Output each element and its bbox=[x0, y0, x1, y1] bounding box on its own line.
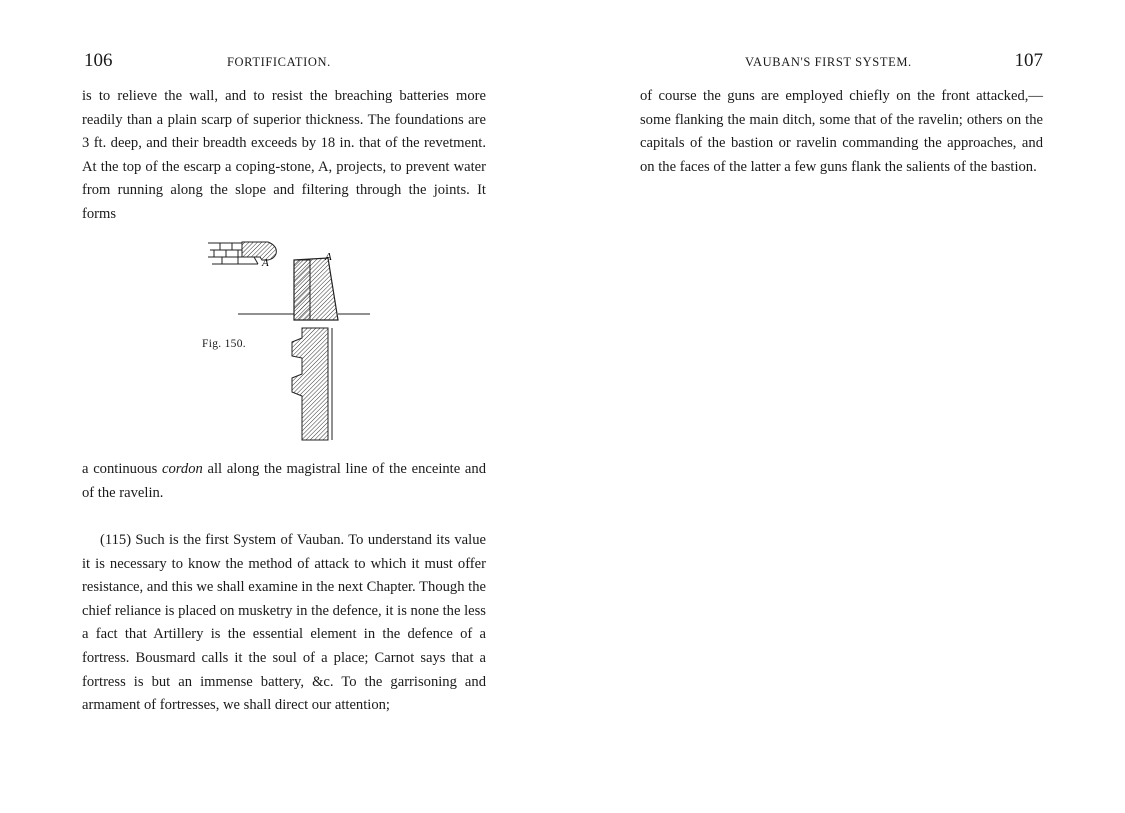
paragraph-text: is to relieve the wall, and to resist th… bbox=[82, 85, 486, 227]
paragraph-cordon: a continuous cordon all along the magist… bbox=[82, 458, 486, 505]
svg-text:A: A bbox=[324, 251, 332, 263]
running-head-right: VAUBAN'S FIRST SYSTEM. 107 bbox=[640, 50, 1043, 72]
paragraph-continuation: is to relieve the wall, and to resist th… bbox=[82, 85, 486, 227]
running-head-left: 106 FORTIFICATION. bbox=[82, 50, 486, 72]
italic-term: cordon bbox=[162, 461, 203, 477]
page-number: 106 bbox=[84, 50, 113, 72]
paragraph-115: (115) Such is the first System of Vauban… bbox=[82, 529, 486, 718]
svg-text:A: A bbox=[261, 257, 269, 269]
figure-caption: Fig. 150. bbox=[202, 338, 246, 350]
right-page: VAUBAN'S FIRST SYSTEM. 107 of course the… bbox=[640, 0, 1043, 813]
page-number: 107 bbox=[1015, 50, 1044, 72]
figure-150: A A Fig. 150. bbox=[202, 238, 372, 448]
paragraph-text: (115) Such is the first System of Vauban… bbox=[82, 529, 486, 718]
running-head-title: FORTIFICATION. bbox=[227, 55, 331, 70]
left-page: 106 FORTIFICATION. is to relieve the wal… bbox=[82, 0, 486, 813]
paragraph-guns: of course the guns are employed chiefly … bbox=[640, 85, 1043, 179]
running-head-title: VAUBAN'S FIRST SYSTEM. bbox=[745, 55, 912, 70]
paragraph-text: of course the guns are employed chiefly … bbox=[640, 85, 1043, 179]
